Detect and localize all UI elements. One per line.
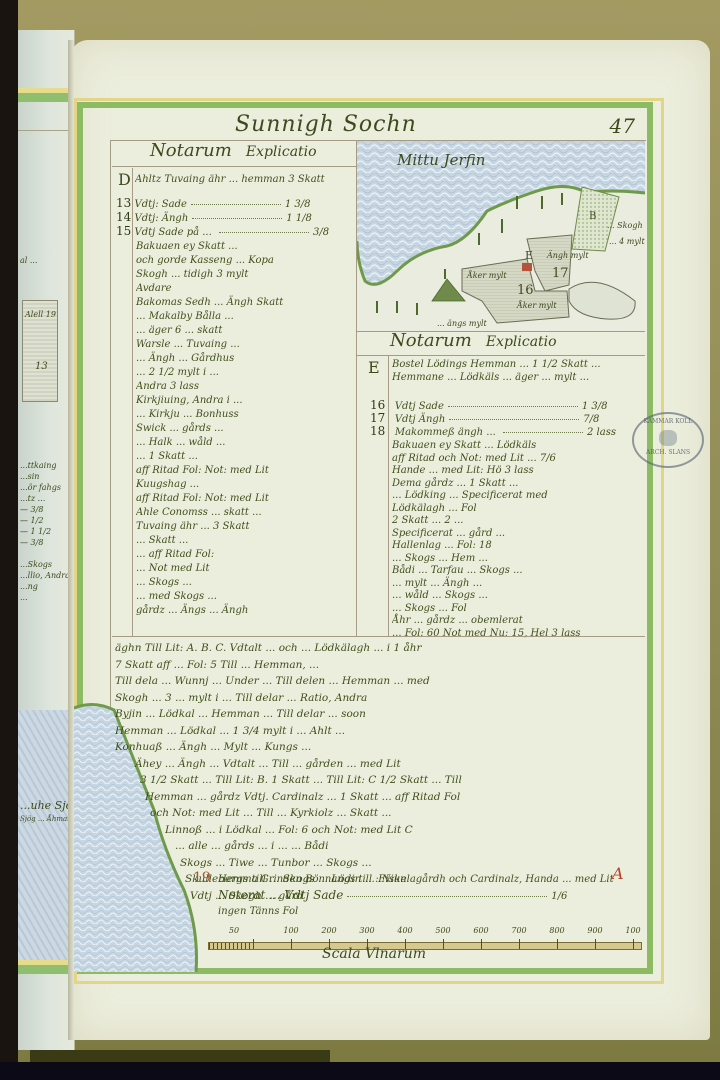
section-letter-d: D [118, 170, 131, 189]
scale-label: 100 [283, 926, 298, 935]
scale-label: 300 [359, 926, 374, 935]
page-title: Sunnigh Sochn [235, 112, 417, 137]
left-page-text: al ... [20, 255, 38, 266]
left-facing-page: al ... Alell 19 13 ...ttkaing...sin...ör… [18, 30, 75, 1050]
scale-tick [519, 939, 520, 949]
left-page-plot: Alell 19 13 [22, 300, 58, 402]
map-note: ... ängs mylt [437, 319, 487, 328]
map-plot-note: Ängh mylt [547, 251, 589, 260]
scale-hatch [209, 943, 253, 949]
scale-tick [633, 939, 634, 949]
scale-label: 500 [435, 926, 450, 935]
map-note: ... Skogh ... [607, 221, 645, 230]
map-plot-note: Åker mylt [467, 271, 507, 280]
section-d-item: 15 Vdtj Sade på ... 3/8 [116, 224, 356, 240]
plot-label: Alell 19 [25, 309, 56, 320]
map-drawing [357, 141, 645, 331]
scale-tick [557, 939, 558, 949]
section-e-item: 18 Makommeß ängh ... 2 lass [370, 424, 642, 440]
item-19-number: 19 [193, 870, 211, 886]
archive-stamp: KAMMAR KOLL ARCH. SLANS [632, 412, 704, 468]
scale-label: 50 [229, 926, 239, 935]
page-number: 47 [610, 114, 635, 138]
scale-label: 200 [321, 926, 336, 935]
section-letter-e: E [368, 358, 380, 377]
section-e-heading: NotarumExplicatio [390, 330, 557, 351]
map-plot-label: B [589, 211, 596, 222]
scale-tick [595, 939, 596, 949]
scale-label: 400 [397, 926, 412, 935]
scale-label: 100 [625, 926, 640, 935]
left-page-border-bottom [18, 960, 74, 974]
scale-tick [291, 939, 292, 949]
section-d-heading: NotarumExplicatio [150, 140, 317, 161]
heading-rule [112, 166, 356, 167]
lake-label: ...uhe Sjö [20, 800, 72, 811]
map-plot-label: E [525, 249, 533, 262]
left-page-border-top [18, 88, 74, 102]
scale-tick [443, 939, 444, 949]
crest-icon [659, 430, 677, 446]
dark-edge-left [0, 0, 18, 1080]
left-page-rule [18, 130, 74, 131]
map-inset: Mittu Jerfin B E 16 17 Ängh mylt Åker my… [357, 141, 645, 331]
dark-edge-bottom [0, 1062, 720, 1080]
body-text: äghn Till Lit: A. B. C. Vdtalt ... och .… [115, 640, 645, 904]
section-d-notes: Bakuaen ey Skatt ... och gorde Kasseng .… [136, 240, 354, 618]
section-e-intro: Bostel Lödings Hemman ... 1 1/2 Skatt ..… [392, 358, 642, 398]
scale-tick [481, 939, 482, 949]
plot-label: 13 [35, 361, 48, 372]
scale-label: 900 [587, 926, 602, 935]
section-bottom-rule [112, 636, 645, 637]
red-mark: A [612, 864, 624, 883]
map-plot-label: 16 [517, 283, 534, 298]
section-e-notes: Bakuaen ey Skatt ... Lödkälsaff Ritad oc… [392, 440, 642, 640]
lake-label: Mittu Jerfin [397, 151, 485, 169]
scale-label: 600 [473, 926, 488, 935]
scale-label: 700 [511, 926, 526, 935]
section-d-intro: Ahltz Tuvaing ähr ... hemman 3 Skatt [135, 172, 355, 187]
map-note: ... 4 mylt [609, 237, 645, 246]
map-plot-note: Åker mylt [517, 301, 557, 310]
left-page-lake: ...uhe Sjö Sjög ... Åhman [18, 710, 74, 970]
lake-note: Sjög ... Åhman [20, 814, 72, 825]
scale-title: Scala Vlnarum [322, 946, 426, 962]
heading-rule [357, 355, 645, 356]
item-19-line3: ingen Tänns Fol [218, 904, 518, 919]
scale-label: 800 [549, 926, 564, 935]
scale-tick [253, 939, 254, 949]
item-19-line1: Hemma Grinden Bönnangs till : Niunlagård… [218, 872, 618, 887]
left-page-text: ...ttkaing...sin...ör fahgs...tz ...— 3/… [20, 460, 70, 603]
item-19-line2: Noterat ... Vdtj Sade1/6 [218, 888, 618, 904]
title-row: Sunnigh Sochn 47 [85, 112, 645, 140]
map-plot-label: 17 [552, 266, 569, 281]
